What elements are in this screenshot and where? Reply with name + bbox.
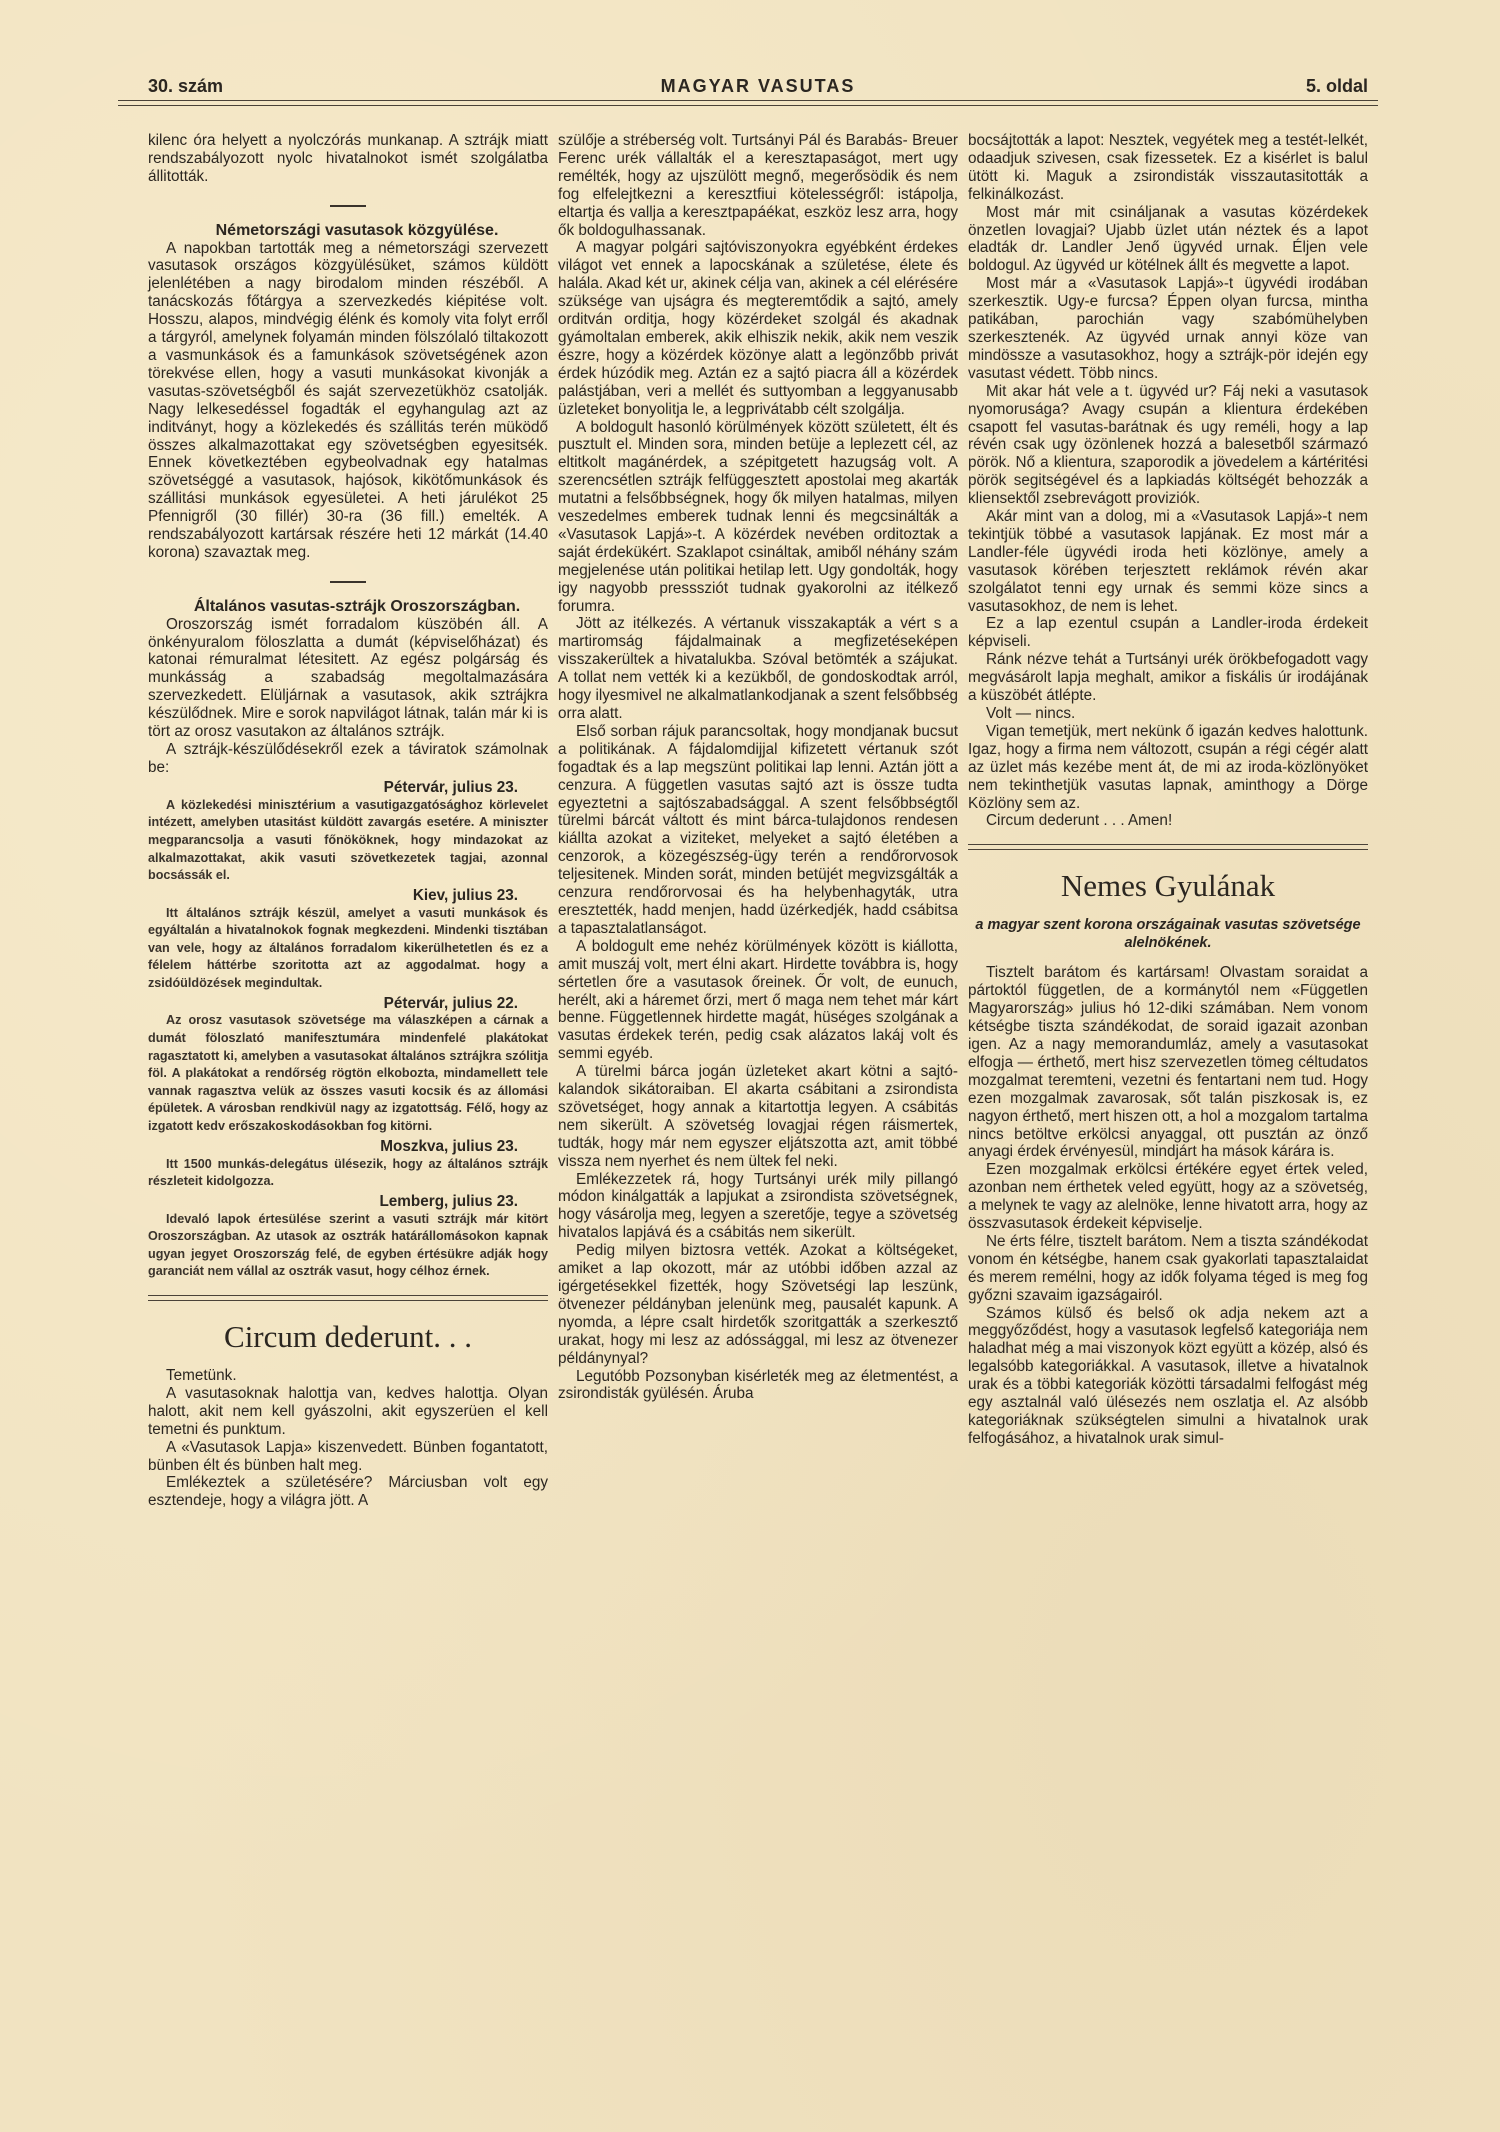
article-paragraph: A türelmi bárca jogán üzleteket akart kö… <box>558 1063 958 1170</box>
article-paragraph: Ez a lap ezentul csupán a Landler-iroda … <box>968 615 1368 651</box>
article-paragraph: Ne érts félre, tisztelt barátom. Nem a t… <box>968 1233 1368 1305</box>
header-rule <box>118 100 1378 106</box>
page-number: 5. oldal <box>1306 76 1368 97</box>
article-paragraph: A boldogult hasonló körülmények között s… <box>558 419 958 616</box>
article-paragraph: Ezen mozgalmak erkölcsi értékére egyet é… <box>968 1161 1368 1233</box>
section-double-rule <box>968 844 1368 850</box>
article-paragraph: Jött az itélkezés. A vértanuk visszakapt… <box>558 615 958 722</box>
article-paragraph: Oroszország ismét forradalom küszöbén ál… <box>148 616 548 741</box>
masthead-title: MAGYAR VASUTAS <box>148 76 1368 97</box>
article-paragraph: Számos külső és belső ok adja nekem azt … <box>968 1305 1368 1448</box>
telegram-dateline: Kiev, julius 23. <box>148 887 548 905</box>
article-paragraph: Vigan temetjük, mert nekünk ő igazán ked… <box>968 723 1368 813</box>
article-paragraph: Akár mint van a dolog, mi a «Vasutasok L… <box>968 508 1368 615</box>
article-paragraph: Pedig milyen biztosra vették. Azokat a k… <box>558 1242 958 1367</box>
article-title-nemes-gyulanak: Nemes Gyulának <box>968 868 1368 904</box>
telegram-text: A közlekedési minisztérium a vasutigazga… <box>148 797 548 885</box>
telegram-dateline: Moszkva, julius 23. <box>148 1138 548 1156</box>
article-paragraph: Ránk nézve tehát a Turtsányi urék örökbe… <box>968 651 1368 705</box>
article-paragraph: A vasutasoknak halottja van, kedves halo… <box>148 1385 548 1439</box>
article-paragraph: Első sorban rájuk parancsoltak, hogy mon… <box>558 723 958 938</box>
article-paragraph: A sztrájk-készülődésekről ezek a távirat… <box>148 741 548 777</box>
article-paragraph: Most már a «Vasutasok Lapjá»-t ügyvédi i… <box>968 275 1368 382</box>
telegram-text: Itt 1500 munkás-delegátus ülésezik, hogy… <box>148 1156 548 1191</box>
telegram-text: Itt általános sztrájk készül, amelyet a … <box>148 905 548 993</box>
section-double-rule <box>148 1295 548 1301</box>
article-title-german-railway: Németországi vasutasok közgyülése. <box>148 222 548 240</box>
column-1: kilenc óra helyett a nyolczórás munkanap… <box>148 132 548 1510</box>
telegram-text: Az orosz vasutasok szövetsége ma válaszk… <box>148 1012 548 1135</box>
article-paragraph: A boldogult eme nehéz körülmények között… <box>558 938 958 1063</box>
article-paragraph: bocsájtották a lapot: Nesztek, vegyétek … <box>968 132 1368 204</box>
article-paragraph: A magyar polgári sajtóviszonyokra egyébk… <box>558 239 958 418</box>
article-paragraph: Temetünk. <box>148 1367 548 1385</box>
telegram-dateline: Pétervár, julius 22. <box>148 995 548 1013</box>
article-paragraph: Emlékeztek a születésére? Márciusban vol… <box>148 1474 548 1510</box>
article-paragraph: Mit akar hát vele a t. ügyvéd ur? Fáj ne… <box>968 383 1368 508</box>
article-paragraph: Most már mit csináljanak a vasutas közér… <box>968 204 1368 276</box>
article-closing-line: Circum dederunt . . . Amen! <box>968 812 1368 830</box>
column-2: szülője a stréberség volt. Turtsányi Pál… <box>558 132 958 1403</box>
section-divider <box>148 194 548 212</box>
article-title-russian-strike: Általános vasutas-sztrájk Oroszországban… <box>148 598 548 616</box>
article-body: A napokban tartották meg a németországi … <box>148 240 548 562</box>
telegram-text: Idevaló lapok értesülése szerint a vasut… <box>148 1211 548 1281</box>
telegram-dateline: Lemberg, julius 23. <box>148 1193 548 1211</box>
article-paragraph: Emlékezzetek rá, hogy Turtsányi urék mil… <box>558 1171 958 1243</box>
article-subtitle: a magyar szent korona országainak vasuta… <box>968 916 1368 952</box>
article-paragraph: szülője a stréberség volt. Turtsányi Pál… <box>558 132 958 239</box>
article-paragraph: Legutóbb Pozsonyban kisérleték meg az él… <box>558 1368 958 1404</box>
article-paragraph: Tisztelt barátom és kartársam! Olvastam … <box>968 964 1368 1161</box>
section-divider <box>148 570 548 588</box>
article-title-circum-dederunt: Circum dederunt. . . <box>148 1319 548 1355</box>
article-paragraph: Volt — nincs. <box>968 705 1368 723</box>
article-paragraph: A «Vasutasok Lapja» kiszenvedett. Bünben… <box>148 1439 548 1475</box>
column-3: bocsájtották a lapot: Nesztek, vegyétek … <box>968 132 1368 1448</box>
intro-paragraph: kilenc óra helyett a nyolczórás munkanap… <box>148 132 548 186</box>
telegram-dateline: Pétervár, julius 23. <box>148 779 548 797</box>
